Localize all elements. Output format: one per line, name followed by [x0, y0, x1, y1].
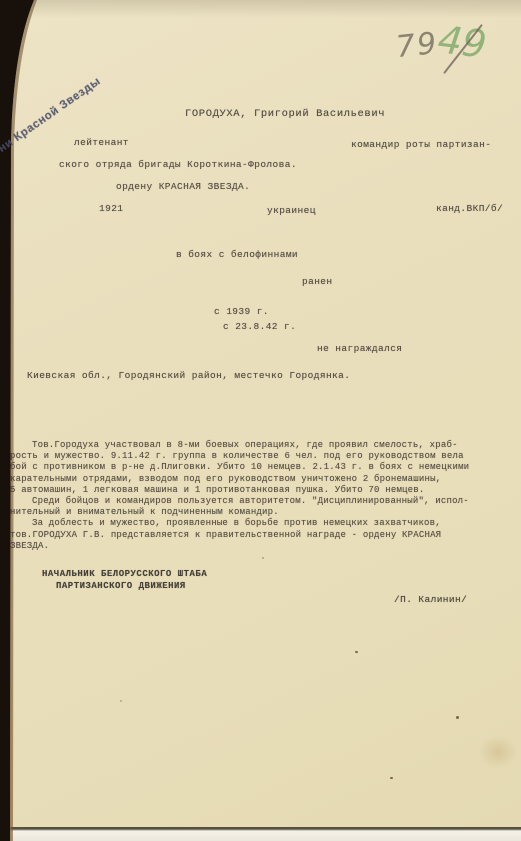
party-status: канд.ВКП/б/ — [436, 203, 503, 214]
citation-line: За доблесть и мужество, проявленные в бо… — [10, 518, 516, 529]
birth-year: 1921 — [99, 203, 123, 214]
rank: лейтенант — [74, 137, 129, 148]
position-line1: командир роты партизан- — [351, 139, 491, 150]
award-line: ордену КРАСНАЯ ЗВЕЗДА. — [116, 181, 250, 192]
underlying-page-edge — [8, 827, 521, 841]
wounds: ранен — [302, 276, 333, 287]
signer-name: /П. Калинин/ — [394, 594, 467, 605]
paper-speck — [456, 716, 459, 719]
paper-speck — [390, 777, 393, 779]
page-top-shadow — [8, 0, 521, 18]
citation-line: бой с противником в р-не д.Плиговки. Уби… — [10, 462, 516, 473]
document-page — [8, 0, 521, 827]
signer-title: НАЧАЛЬНИК БЕЛОРУССКОГО ШТАБА ПАРТИЗАНСКО… — [42, 568, 207, 592]
campaigns: в боях с белофиннами — [176, 249, 298, 260]
citation-line: рость и мужество. 9.11.42 г. группа в ко… — [10, 451, 516, 462]
in-partisans-since: с 23.8.42 г. — [223, 321, 296, 332]
citation-line: тов.ГОРОДУХА Г.В. представляется к прави… — [10, 530, 516, 541]
in-service-since: с 1939 г. — [214, 306, 269, 317]
scanned-document: ени Красной Звезды 79 49 ГОРОДУХА, Григо… — [0, 0, 521, 841]
paper-speck — [262, 557, 264, 559]
citation-paragraph: Тов.Городуха участвовал в 8-ми боевых оп… — [10, 440, 516, 552]
recipient-name: ГОРОДУХА, Григорий Васильевич — [185, 108, 385, 120]
citation-line: Тов.Городуха участвовал в 8-ми боевых оп… — [10, 440, 516, 451]
paper-speck — [120, 700, 122, 702]
position-line2: ского отряда бригады Короткина-Фролова. — [59, 159, 297, 170]
birthplace: Киевская обл., Городянский район, местеч… — [27, 370, 350, 381]
signer-title-line2: ПАРТИЗАНСКОГО ДВИЖЕНИЯ — [42, 580, 207, 592]
citation-line: Среди бойцов и командиров пользуется авт… — [10, 496, 516, 507]
paper-stain — [478, 735, 518, 769]
citation-line: 5 автомашин, 1 легковая машина и 1 проти… — [10, 485, 516, 496]
citation-line: ЗВЕЗДА. — [10, 541, 516, 552]
citation-line: карательными отрядами, взводом под его р… — [10, 474, 516, 485]
nationality: украинец — [267, 205, 316, 216]
previous-awards: не награждался — [317, 343, 402, 354]
signer-title-line1: НАЧАЛЬНИК БЕЛОРУССКОГО ШТАБА — [42, 568, 207, 580]
citation-line: нительный и внимательный к подчиненным к… — [10, 507, 516, 518]
handwritten-page-number: 79 — [394, 26, 440, 65]
